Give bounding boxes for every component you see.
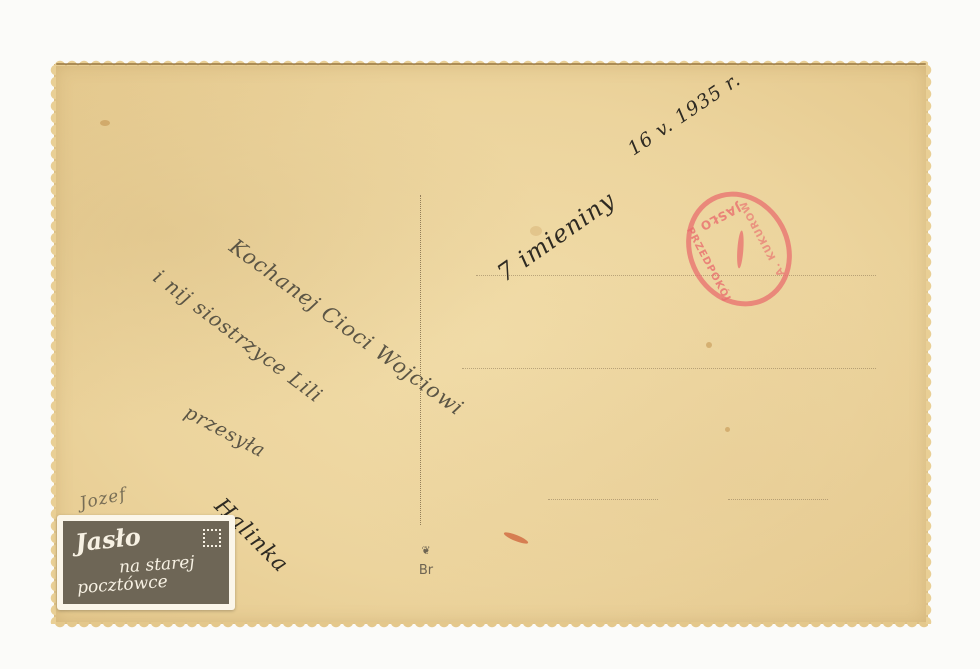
age-spot xyxy=(706,342,712,348)
watermark-title: Jasło xyxy=(74,522,142,558)
watermark-subtitle-line-2: pocztówce xyxy=(76,572,168,598)
watermark-badge: Jasło na starej pocztówce xyxy=(57,515,235,610)
postcard-edge-shadow xyxy=(56,63,926,65)
publisher-initials: Br xyxy=(411,563,441,578)
postage-stamp-icon xyxy=(203,529,221,547)
address-line xyxy=(462,368,876,369)
stamp-emblem-icon xyxy=(736,230,745,268)
address-line xyxy=(728,499,828,500)
address-line xyxy=(548,499,658,500)
publisher-logo-icon: ❦ xyxy=(411,545,441,557)
postcard-center-divider xyxy=(420,195,421,525)
publisher-mark: ❦ Br xyxy=(411,545,441,578)
postcard-scalloped-edge-bottom xyxy=(54,622,928,630)
age-spot xyxy=(725,427,730,432)
postcard-scalloped-edge-left xyxy=(48,64,56,624)
address-line xyxy=(476,275,876,276)
age-spot xyxy=(100,120,110,126)
watermark-badge-panel: Jasło na starej pocztówce xyxy=(63,521,229,604)
stamp-text-top: JASŁO xyxy=(697,200,743,233)
postcard-scalloped-edge-right xyxy=(926,64,934,624)
scanned-postcard-scene: 16 v. 1935 r. 7 imieniny Kochanej Cioci … xyxy=(0,0,980,669)
